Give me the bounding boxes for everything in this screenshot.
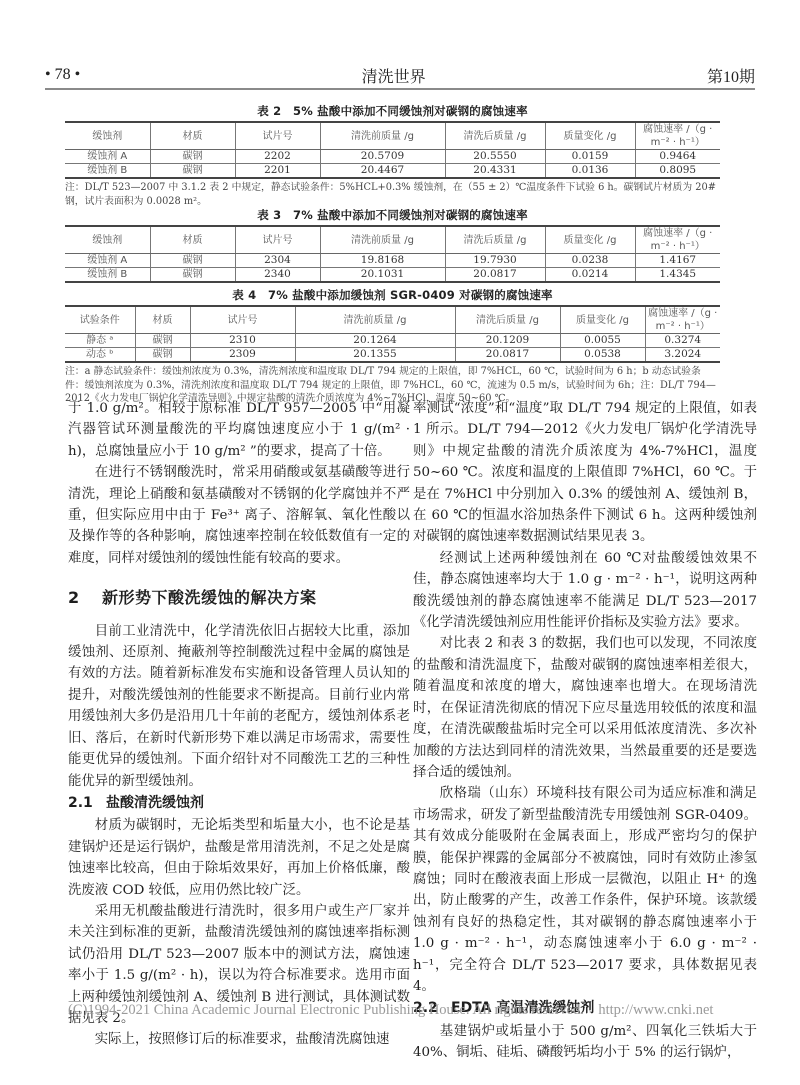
cell: 20.0817: [445, 268, 545, 283]
paragraph: 率测试“浓度”和“温度”取 DL/T 794 规定的上限值，如表 1 所示。DL…: [413, 398, 757, 548]
cell: 20.5709: [320, 150, 445, 164]
col-header: 试片号: [235, 122, 320, 150]
table-3: 缓蚀剂 材质 试片号 清洗前质量 /g 清洗后质量 /g 质量变化 /g 腐蚀速…: [65, 225, 720, 283]
col-header: 清洗后质量 /g: [455, 306, 560, 334]
cell: 2309: [190, 348, 295, 363]
table-4: 试验条件 材质 试片号 清洗前质量 /g 清洗后质量 /g 质量变化 /g 腐蚀…: [65, 305, 720, 363]
paragraph: 基建锅炉或垢量小于 500 g/m²、四氧化三铁垢大于 40%、铜垢、硅垢、磷酸…: [413, 1021, 757, 1064]
table-3-title: 表 3 7% 盐酸中添加不同缓蚀剂对碳钢的腐蚀速率: [65, 207, 720, 223]
cell: 1.4345: [635, 268, 720, 283]
cell: 19.8168: [320, 254, 445, 268]
table-2-title: 表 2 5% 盐酸中添加不同缓蚀剂对碳钢的腐蚀速率: [65, 103, 720, 119]
table-header-row: 试验条件 材质 试片号 清洗前质量 /g 清洗后质量 /g 质量变化 /g 腐蚀…: [65, 306, 720, 334]
paragraph: 材质为碳钢时，无论垢类型和垢量大小，也不论是基建锅炉还是运行锅炉，盐酸是常用清洗…: [68, 815, 410, 901]
section-heading: 2新形势下酸洗缓蚀的解决方案: [68, 587, 410, 608]
table-2-note: 注：DL/T 523—2007 中 3.1.2 表 2 中规定，静态试验条件：5…: [65, 181, 720, 208]
table-2-block: 表 2 5% 盐酸中添加不同缓蚀剂对碳钢的腐蚀速率 缓蚀剂 材质 试片号 清洗前…: [65, 103, 720, 208]
copyright-footer: (C)1994-2021 China Academic Journal Elec…: [68, 1002, 768, 1019]
col-header: 腐蚀速率 /（g · m⁻² · h⁻¹）: [635, 122, 720, 150]
journal-title: 清洗世界: [362, 64, 426, 87]
col-header: 质量变化 /g: [545, 122, 635, 150]
table-4-title: 表 4 7% 盐酸中添加缓蚀剂 SGR-0409 对碳钢的腐蚀速率: [65, 287, 720, 303]
table-3-block: 表 3 7% 盐酸中添加不同缓蚀剂对碳钢的腐蚀速率 缓蚀剂 材质 试片号 清洗前…: [65, 207, 720, 283]
paragraph: 实际上，按照修订后的标准要求，盐酸清洗腐蚀速: [68, 1029, 410, 1050]
col-header: 材质: [135, 306, 190, 334]
paragraph: 经测试上述两种缓蚀剂在 60 ℃对盐酸缓蚀效果不佳，静态腐蚀速率均大于 1.0 …: [413, 548, 757, 634]
cell: 0.0055: [560, 334, 645, 348]
cell: 缓蚀剂 B: [65, 164, 150, 179]
table-row: 静态 ᵃ 碳钢 2310 20.1264 20.1209 0.0055 0.32…: [65, 334, 720, 348]
cell: 缓蚀剂 A: [65, 254, 150, 268]
cell: 碳钢: [150, 164, 235, 179]
cell: 20.0817: [455, 348, 560, 363]
cell: 2304: [235, 254, 320, 268]
col-header: 缓蚀剂: [65, 122, 150, 150]
cell: 缓蚀剂 A: [65, 150, 150, 164]
cell: 20.4467: [320, 164, 445, 179]
table-header-row: 缓蚀剂 材质 试片号 清洗前质量 /g 清洗后质量 /g 质量变化 /g 腐蚀速…: [65, 122, 720, 150]
table-2: 缓蚀剂 材质 试片号 清洗前质量 /g 清洗后质量 /g 质量变化 /g 腐蚀速…: [65, 121, 720, 179]
subsection-title: 盐酸清洗缓蚀剂: [106, 795, 204, 811]
cell: 20.1355: [295, 348, 455, 363]
cell: 20.1209: [455, 334, 560, 348]
cell: 2340: [235, 268, 320, 283]
col-header: 缓蚀剂: [65, 226, 150, 254]
cell: 碳钢: [150, 150, 235, 164]
subsection-number: 2.1: [68, 793, 106, 814]
issue-label: 第10期: [707, 64, 755, 87]
cell: 0.3274: [645, 334, 720, 348]
paragraph: 在进行不锈钢酸洗时，常采用硝酸或氨基磺酸等进行清洗，理论上硝酸和氨基磺酸对不锈钢…: [68, 462, 410, 569]
cell: 0.0538: [560, 348, 645, 363]
left-column: 于 1.0 g/m²。相较于原标准 DL/T 957—2005 中“用凝汽器管试…: [68, 398, 410, 1051]
cell: 2310: [190, 334, 295, 348]
col-header: 质量变化 /g: [545, 226, 635, 254]
col-header: 试片号: [190, 306, 295, 334]
cell: 2202: [235, 150, 320, 164]
header-rule: [45, 88, 755, 90]
page-number: • 78 •: [45, 66, 80, 84]
section-number: 2: [68, 587, 102, 608]
col-header: 腐蚀速率 /（g · m⁻² · h⁻¹）: [635, 226, 720, 254]
cell: 0.0214: [545, 268, 635, 283]
table-row: 动态 ᵇ 碳钢 2309 20.1355 20.0817 0.0538 3.20…: [65, 348, 720, 363]
cell: 3.2024: [645, 348, 720, 363]
subsection-heading: 2.1盐酸清洗缓蚀剂: [68, 793, 410, 814]
col-header: 试片号: [235, 226, 320, 254]
cell: 20.1264: [295, 334, 455, 348]
cell: 静态 ᵃ: [65, 334, 135, 348]
cell: 19.7930: [445, 254, 545, 268]
cell: 0.0159: [545, 150, 635, 164]
table-row: 缓蚀剂 B 碳钢 2201 20.4467 20.4331 0.0136 0.8…: [65, 164, 720, 179]
table-row: 缓蚀剂 A 碳钢 2304 19.8168 19.7930 0.0238 1.4…: [65, 254, 720, 268]
col-header: 清洗前质量 /g: [320, 226, 445, 254]
journal-page: • 78 • 清洗世界 第10期 表 2 5% 盐酸中添加不同缓蚀剂对碳钢的腐蚀…: [0, 0, 800, 1085]
col-header: 材质: [150, 122, 235, 150]
paragraph: 对比表 2 和表 3 的数据，我们也可以发现，不同浓度的盐酸和清洗温度下，盐酸对…: [413, 633, 757, 783]
cell: 碳钢: [135, 334, 190, 348]
table-row: 缓蚀剂 B 碳钢 2340 20.1031 20.0817 0.0214 1.4…: [65, 268, 720, 283]
cell: 0.0238: [545, 254, 635, 268]
cell: 碳钢: [135, 348, 190, 363]
cell: 动态 ᵇ: [65, 348, 135, 363]
col-header: 材质: [150, 226, 235, 254]
table-header-row: 缓蚀剂 材质 试片号 清洗前质量 /g 清洗后质量 /g 质量变化 /g 腐蚀速…: [65, 226, 720, 254]
cell: 2201: [235, 164, 320, 179]
section-title: 新形势下酸洗缓蚀的解决方案: [102, 588, 317, 607]
cell: 20.4331: [445, 164, 545, 179]
running-header: • 78 • 清洗世界 第10期: [45, 62, 755, 88]
col-header: 清洗前质量 /g: [320, 122, 445, 150]
cell: 0.9464: [635, 150, 720, 164]
col-header: 腐蚀速率 /（g · m⁻² · h⁻¹）: [645, 306, 720, 334]
right-column: 率测试“浓度”和“温度”取 DL/T 794 规定的上限值，如表 1 所示。DL…: [413, 398, 757, 1064]
cell: 20.5550: [445, 150, 545, 164]
col-header: 清洗后质量 /g: [445, 122, 545, 150]
cell: 20.1031: [320, 268, 445, 283]
cell: 0.0136: [545, 164, 635, 179]
cell: 碳钢: [150, 268, 235, 283]
col-header: 清洗后质量 /g: [445, 226, 545, 254]
cell: 0.8095: [635, 164, 720, 179]
cell: 碳钢: [150, 254, 235, 268]
table-row: 缓蚀剂 A 碳钢 2202 20.5709 20.5550 0.0159 0.9…: [65, 150, 720, 164]
paragraph: 于 1.0 g/m²。相较于原标准 DL/T 957—2005 中“用凝汽器管试…: [68, 398, 410, 462]
table-4-block: 表 4 7% 盐酸中添加缓蚀剂 SGR-0409 对碳钢的腐蚀速率 试验条件 材…: [65, 287, 720, 406]
col-header: 质量变化 /g: [560, 306, 645, 334]
col-header: 试验条件: [65, 306, 135, 334]
paragraph: 目前工业清洗中，化学清洗依旧占据较大比重，添加缓蚀剂、还原剂、掩蔽剂等控制酸洗过…: [68, 621, 410, 792]
col-header: 清洗前质量 /g: [295, 306, 455, 334]
cell: 缓蚀剂 B: [65, 268, 150, 283]
cell: 1.4167: [635, 254, 720, 268]
paragraph: 欣格瑞（山东）环境科技有限公司为适应标准和满足市场需求，研发了新型盐酸清洗专用缓…: [413, 783, 757, 997]
